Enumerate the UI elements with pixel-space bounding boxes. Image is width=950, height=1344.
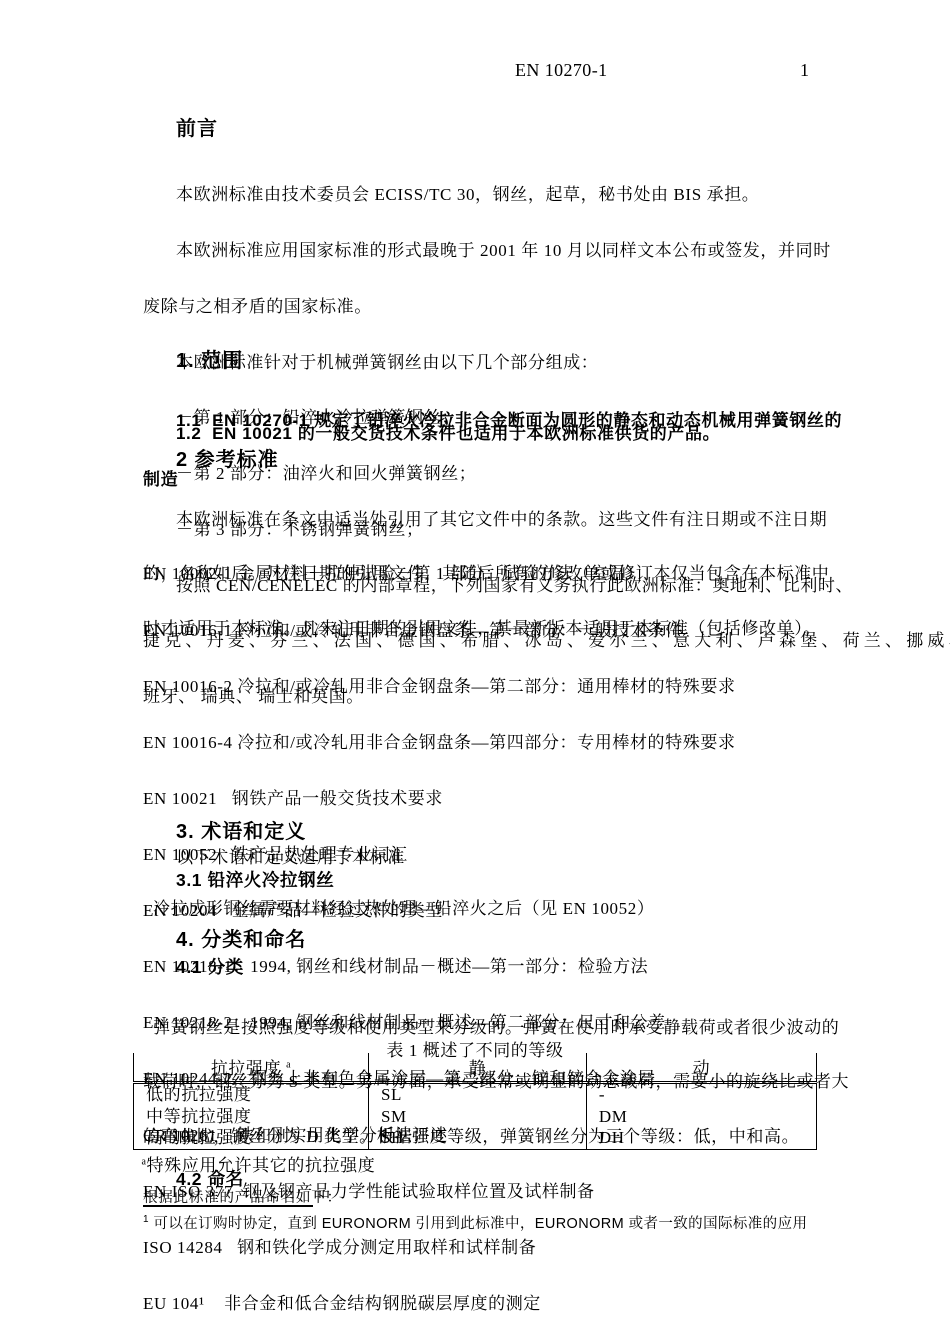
- document-page: EN 10270-1 1 前言 本欧洲标准由技术委员会 ECISS/TC 30，…: [0, 0, 950, 1344]
- foreword-title: 前言: [176, 112, 218, 141]
- header-page-number: 1: [800, 60, 809, 81]
- reference-entry: EN 10016-4 冷拉和/或冷轧用非合金钢盘条—第四部分：专用棒材的特殊要求: [143, 734, 736, 753]
- table-cell: SL: [368, 1083, 586, 1106]
- reference-entry: EN 10021 钢铁产品一般交货技术要求: [143, 790, 736, 809]
- table-cell: -: [586, 1083, 816, 1106]
- references-title: 2 参考标准: [176, 443, 279, 472]
- table-cell: 低的抗拉强度: [134, 1083, 369, 1106]
- table-cell: DH: [586, 1127, 816, 1149]
- table-header-row: 抗拉强度 a 静 动: [134, 1053, 817, 1083]
- header-doc-code: EN 10270-1: [515, 60, 608, 81]
- reference-entry: EU 104¹ 非合金和低合金结构钢脱碳层厚度的测定: [143, 1295, 736, 1314]
- reference-entry: EN 10016-1 冷拉和/或冷轧用非合金钢盘条—第一部分：一般技术条件: [143, 622, 736, 641]
- terms-definition: 冷拉成形钢丝需要材料经过热处理—铅淬火之后（见 EN 10052）: [153, 894, 654, 919]
- naming-intro: 根据此标准的产品命名如下：: [143, 1186, 342, 1207]
- table-header-tensile-strength: 抗拉强度 a: [134, 1053, 369, 1083]
- terms-intro: 以下术语和定义适用于本标准: [176, 843, 405, 868]
- text-line: 废除与之相矛盾的国家标准。: [143, 298, 950, 317]
- reference-entry: ISO 14284 钢和铁化学成分测定用取样和试样制备: [143, 1239, 736, 1258]
- table-header-static: 静: [368, 1053, 586, 1083]
- classification-subsection-title: 4.1 分类: [176, 954, 244, 979]
- table-cell: SH: [368, 1127, 586, 1149]
- reference-entry: EN 10002-1 金属材料－拉伸试验－第 1 部分：试验方法（室温）: [143, 565, 736, 584]
- terms-title: 3. 术语和定义: [176, 815, 306, 844]
- table-row: 中等抗拉强度 SM DM: [134, 1106, 817, 1128]
- table-cell: 中等抗拉强度: [134, 1106, 369, 1128]
- text-line: 本欧洲标准应用国家标准的形式最晚于 2001 年 10 月以同样文本公布或签发，…: [143, 242, 950, 261]
- table-row: 高的抗拉强度 SH DH: [134, 1127, 817, 1149]
- table-cell: DM: [586, 1106, 816, 1128]
- table-header-text: 抗拉强度: [211, 1059, 286, 1078]
- table-cell: SM: [368, 1106, 586, 1128]
- text-line: 本欧洲标准针对于机械弹簧钢丝由以下几个部分组成：: [143, 354, 950, 373]
- footnote-separator: [143, 1205, 313, 1207]
- text-line: 本欧洲标准在条文中适当处引用了其它文件中的条款。这些文件有注日期或不注日期: [143, 511, 829, 529]
- page-footnote: 1 可以在订购时协定，直到 EURONORM 引用到此标准中，EURONORM …: [143, 1212, 807, 1233]
- table-header-footnote-mark: a: [286, 1059, 291, 1070]
- text-line: 弹簧钢丝是按照强度等级和使用类型来分级的。弹簧在使用时承受静载荷或者很少波动的: [143, 1019, 849, 1037]
- scope-title: 1. 范围: [176, 344, 243, 373]
- table-cell: 高的抗拉强度: [134, 1127, 369, 1149]
- table-row: 低的抗拉强度 SL -: [134, 1083, 817, 1106]
- grades-table: 抗拉强度 a 静 动 低的抗拉强度 SL - 中等抗拉强度 SM DM 高的抗拉…: [133, 1053, 817, 1178]
- footnote-text: 可以在订购时协定，直到 EURONORM 引用到此标准中，EURONORM 或者…: [149, 1216, 807, 1232]
- text-line: 本欧洲标准由技术委员会 ECISS/TC 30，钢丝，起草，秘书处由 BIS 承…: [143, 186, 950, 205]
- scope-item-2: 1.2 EN 10021 的一般交货技术条件也适用于本欧洲标准供货的产品。: [176, 419, 720, 444]
- terms-subsection-title: 3.1 铅淬火冷拉钢丝: [176, 867, 334, 892]
- reference-entry: EN 10016-2 冷拉和/或冷轧用非合金钢盘条—第二部分：通用棒材的特殊要求: [143, 678, 736, 697]
- classification-title: 4. 分类和命名: [176, 923, 306, 952]
- table-header-dynamic: 动: [586, 1053, 816, 1083]
